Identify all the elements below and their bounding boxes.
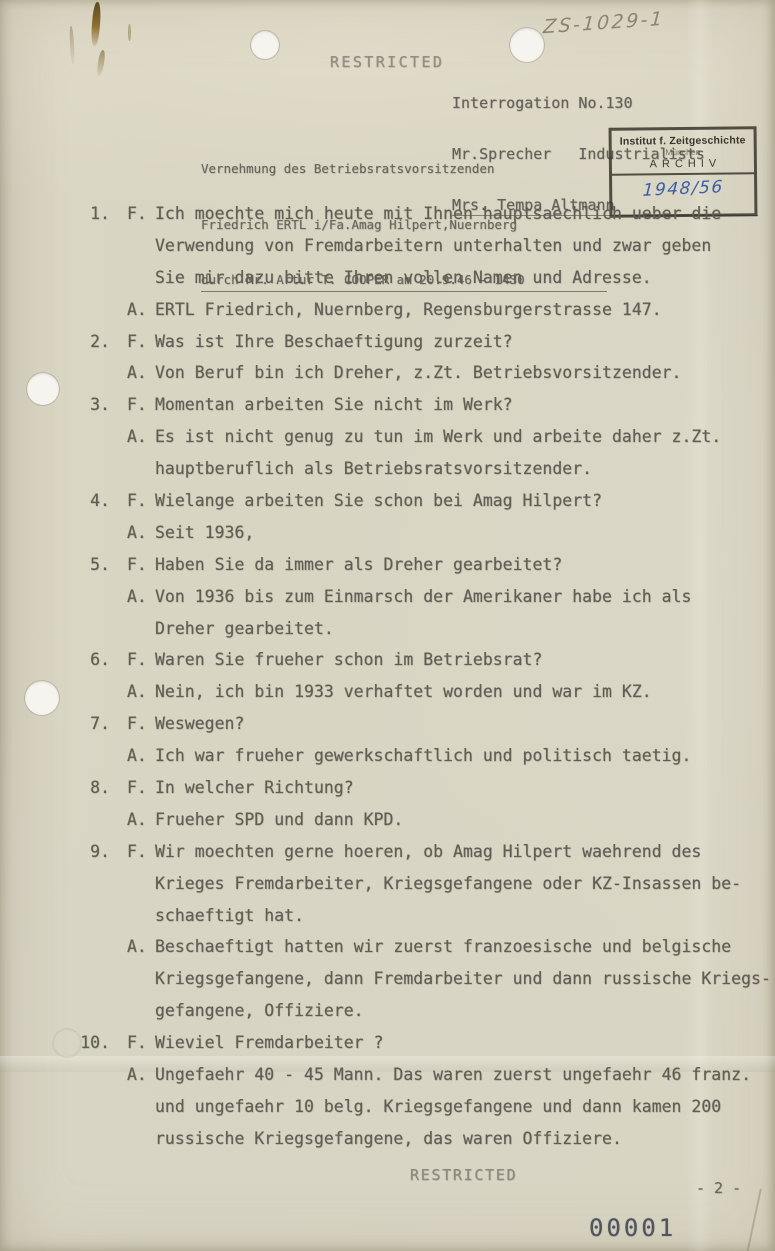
question-line: 5.F.Haben Sie da immer als Dreher gearbe… — [60, 555, 772, 587]
interrogation-transcript: 1.F.Ich moechte mich heute mit Ihnen hau… — [60, 204, 772, 1161]
speaker-label: F. — [127, 491, 155, 510]
page-number: - 2 - — [696, 1179, 741, 1197]
answer-line: hauptberuflich als Betriebsratsvorsitzen… — [60, 459, 772, 491]
serial-number-stamp: 00001 — [589, 1214, 676, 1242]
answer-line: russische Kriegsgefangene, das waren Off… — [60, 1129, 772, 1161]
question-number: 7. — [60, 714, 110, 733]
question-line: Krieges Fremdarbeiter, Kriegsgefangene o… — [60, 874, 772, 906]
title-line: Vernehmung des Betriebsratsvorsitzenden — [201, 160, 607, 179]
line-text: Haben Sie da immer als Dreher gearbeitet… — [155, 555, 562, 574]
question-number: 6. — [60, 650, 110, 669]
speaker-label: A. — [127, 363, 155, 382]
line-text: Es ist nicht genug zu tun im Werk und ar… — [155, 427, 721, 446]
line-text: Was ist Ihre Beschaeftigung zurzeit? — [155, 332, 513, 351]
speaker-label: F. — [127, 395, 155, 414]
stamp-archive-label: ARCHIV — [612, 157, 754, 170]
line-text: Dreher gearbeitet. — [155, 619, 334, 638]
punch-hole — [510, 28, 544, 62]
question-number: 9. — [60, 842, 110, 861]
question-line: 10.F.Wieviel Fremdarbeiter ? — [60, 1033, 772, 1065]
speaker-label: A. — [127, 587, 155, 606]
line-text: Nein, ich bin 1933 verhaftet worden und … — [155, 682, 652, 701]
answer-line: und ungefaehr 10 belg. Kriegsgefangene u… — [60, 1097, 772, 1129]
line-text: Waren Sie frueher schon im Betriebsrat? — [155, 650, 542, 669]
speaker-label: A. — [127, 523, 155, 542]
classification-header: RESTRICTED — [330, 53, 444, 71]
answer-line: gefangene, Offiziere. — [60, 1001, 772, 1033]
speaker-label: F. — [127, 555, 155, 574]
speaker-label: A. — [127, 300, 155, 319]
stamp-divider — [612, 172, 754, 175]
line-text: Weswegen? — [155, 714, 244, 733]
answer-line: A.Von 1936 bis zum Einmarsch der Amerika… — [60, 587, 772, 619]
question-number: 10. — [60, 1033, 110, 1052]
question-line: Verwendung von Fremdarbeitern unterhalte… — [60, 236, 772, 268]
punch-hole — [251, 31, 279, 59]
answer-line: A.Frueher SPD und dann KPD. — [60, 810, 772, 842]
answer-line: A.Ich war frueher gewerkschaftlich und p… — [60, 746, 772, 778]
answer-line: Kriegsgefangene, dann Fremdarbeiter und … — [60, 969, 772, 1001]
question-line: 4.F.Wielange arbeiten Sie schon bei Amag… — [60, 491, 772, 523]
question-line: 6.F.Waren Sie frueher schon im Betriebsr… — [60, 650, 772, 682]
interrogation-number: Interrogation No.130 — [452, 95, 758, 112]
paper-corner-crease — [746, 1189, 762, 1251]
question-line: 2.F.Was ist Ihre Beschaeftigung zurzeit? — [60, 332, 772, 364]
answer-line: A.Beschaeftigt hatten wir zuerst franzoe… — [60, 937, 772, 969]
question-number: 8. — [60, 778, 110, 797]
line-text: russische Kriegsgefangene, das waren Off… — [155, 1129, 622, 1148]
line-text: Wir moechten gerne hoeren, ob Amag Hilpe… — [155, 842, 701, 861]
answer-line: A.ERTL Friedrich, Nuernberg, Regensburge… — [60, 300, 772, 332]
speaker-label: A. — [127, 682, 155, 701]
line-text: Beschaeftigt hatten wir zuerst franzoesi… — [155, 937, 731, 956]
question-number: 4. — [60, 491, 110, 510]
speaker-label: A. — [127, 427, 155, 446]
line-text: In welcher Richtung? — [155, 778, 354, 797]
ink-stain — [69, 26, 75, 64]
speaker-label: F. — [127, 842, 155, 861]
stamp-institution: Institut f. Zeitgeschichte — [612, 134, 754, 147]
line-text: Sie mir dazu bitte Ihren vollen Namen un… — [155, 268, 652, 287]
line-text: gefangene, Offiziere. — [155, 1001, 364, 1020]
speaker-label: A. — [127, 810, 155, 829]
handwritten-archive-code: ZS-1029-1 — [542, 8, 665, 39]
question-number: 5. — [60, 555, 110, 574]
question-number: 3. — [60, 395, 110, 414]
line-text: Verwendung von Fremdarbeitern unterhalte… — [155, 236, 711, 255]
line-text: Von Beruf bin ich Dreher, z.Zt. Betriebs… — [155, 363, 682, 382]
answer-line: A.Ungefaehr 40 - 45 Mann. Das waren zuer… — [60, 1065, 772, 1097]
line-text: Wieviel Fremdarbeiter ? — [155, 1033, 383, 1052]
answer-line: A.Es ist nicht genug zu tun im Werk und … — [60, 427, 772, 459]
ink-stain — [128, 24, 131, 41]
speaker-label: A. — [127, 937, 155, 956]
line-text: Momentan arbeiten Sie nicht im Werk? — [155, 395, 513, 414]
line-text: Wielange arbeiten Sie schon bei Amag Hil… — [155, 491, 602, 510]
line-text: Frueher SPD und dann KPD. — [155, 810, 403, 829]
answer-line: A.Seit 1936, — [60, 523, 772, 555]
speaker-label: F. — [127, 714, 155, 733]
speaker-label: F. — [127, 778, 155, 797]
question-line: 9.F.Wir moechten gerne hoeren, ob Amag H… — [60, 842, 772, 874]
question-line: 7.F.Weswegen? — [60, 714, 772, 746]
speaker-label: A. — [127, 746, 155, 765]
line-text: Kriegsgefangene, dann Fremdarbeiter und … — [155, 969, 771, 988]
question-line: 8.F.In welcher Richtung? — [60, 778, 772, 810]
line-text: Ungefaehr 40 - 45 Mann. Das waren zuerst… — [155, 1065, 751, 1084]
answer-line: A.Nein, ich bin 1933 verhaftet worden un… — [60, 682, 772, 714]
answer-line: Dreher gearbeitet. — [60, 619, 772, 651]
line-text: ERTL Friedrich, Nuernberg, Regensburgers… — [155, 300, 662, 319]
speaker-label: F. — [127, 650, 155, 669]
line-text: schaeftigt hat. — [155, 906, 304, 925]
punch-hole — [25, 681, 59, 715]
classification-footer: RESTRICTED — [410, 1166, 517, 1184]
speaker-label: A. — [127, 1065, 155, 1084]
question-line: Sie mir dazu bitte Ihren vollen Namen un… — [60, 268, 772, 300]
speaker-label: F. — [127, 332, 155, 351]
question-line: schaeftigt hat. — [60, 906, 772, 938]
line-text: Ich war frueher gewerkschaftlich und pol… — [155, 746, 691, 765]
question-line: 3.F.Momentan arbeiten Sie nicht im Werk? — [60, 395, 772, 427]
line-text: Ich moechte mich heute mit Ihnen hauptsa… — [155, 204, 721, 223]
line-text: Von 1936 bis zum Einmarsch der Amerikane… — [155, 587, 691, 606]
punch-hole — [27, 373, 59, 405]
ink-stain — [96, 50, 106, 77]
speaker-label: F. — [127, 1033, 155, 1052]
scanned-document-page: ZS-1029-1 RESTRICTED Interrogation No.13… — [0, 0, 775, 1251]
question-number: 1. — [60, 204, 110, 223]
ink-stain — [90, 2, 101, 46]
speaker-label: F. — [127, 204, 155, 223]
line-text: hauptberuflich als Betriebsratsvorsitzen… — [155, 459, 592, 478]
line-text: Seit 1936, — [155, 523, 254, 542]
line-text: und ungefaehr 10 belg. Kriegsgefangene u… — [155, 1097, 721, 1116]
line-text: Krieges Fremdarbeiter, Kriegsgefangene o… — [155, 874, 741, 893]
handwritten-accession-number: 1948/56 — [612, 176, 755, 203]
answer-line: A.Von Beruf bin ich Dreher, z.Zt. Betrie… — [60, 363, 772, 395]
stamp-city: München — [612, 146, 754, 157]
question-line: 1.F.Ich moechte mich heute mit Ihnen hau… — [60, 204, 772, 236]
question-number: 2. — [60, 332, 110, 351]
